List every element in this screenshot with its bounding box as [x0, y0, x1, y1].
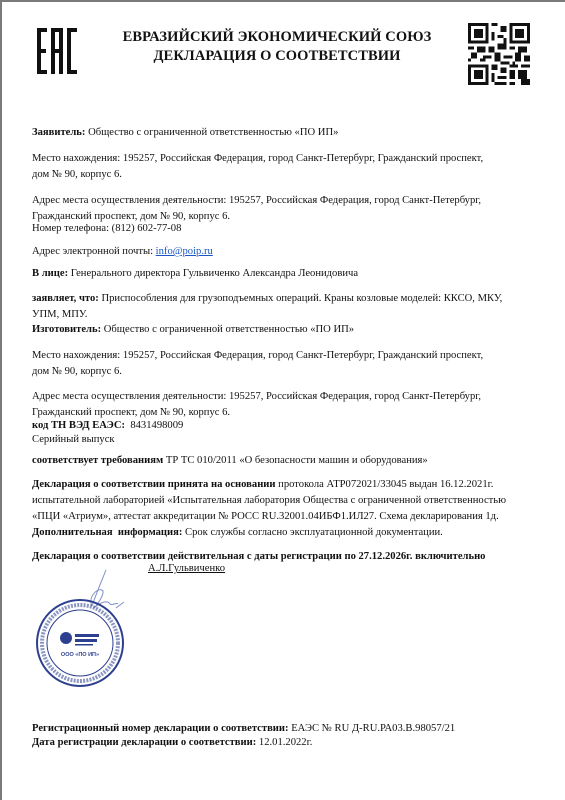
manufacturer-label: Изготовитель: — [32, 324, 101, 335]
svg-text:ООО «ПО ИП»: ООО «ПО ИП» — [61, 652, 99, 658]
registration-number-label: Регистрационный номер декларации о соотв… — [32, 723, 289, 734]
declares-row: заявляет, что: Приспособления для грузоп… — [32, 291, 502, 307]
title-union: ЕВРАЗИЙСКИЙ ЭКОНОМИЧЕСКИЙ СОЮЗ — [102, 28, 452, 47]
applicant-location-1: Место нахождения: 195257, Российская Фед… — [32, 151, 483, 167]
code-value: 8431498009 — [125, 420, 183, 431]
additional-value: Срок службы согласно эксплуатационной до… — [182, 527, 442, 538]
manufacturer-location-1: Место нахождения: 195257, Российская Фед… — [32, 348, 483, 364]
additional-label: Дополнительная информация: — [32, 527, 182, 538]
qr-code-icon[interactable] — [468, 23, 530, 85]
basis-value-2: испытательной лабораторией «Испытательна… — [32, 493, 506, 509]
email-link[interactable]: info@poip.ru — [156, 246, 213, 257]
applicant-email-row: Адрес электронной почты: info@poip.ru — [32, 244, 213, 260]
applicant-location-2: дом № 90, корпус 6. — [32, 167, 122, 183]
declares-value-1: Приспособления для грузоподъемных операц… — [99, 293, 502, 304]
basis-row: Декларация о соответствии принята на осн… — [32, 477, 493, 493]
basis-label: Декларация о соответствии принята на осн… — [32, 479, 276, 490]
declares-label: заявляет, что: — [32, 293, 99, 304]
registration-number-value: ЕАЭС № RU Д-RU.РА03.В.98057/21 — [289, 723, 456, 734]
manufacturer-value: Общество с ограниченной ответственностью… — [101, 324, 354, 335]
represented-by-row: В лице: Генерального директора Гульвичен… — [32, 266, 358, 282]
applicant-phone: Номер телефона: (812) 602-77-08 — [32, 221, 181, 237]
applicant-row: Заявитель: Общество с ограниченной ответ… — [32, 125, 338, 141]
applicant-label: Заявитель: — [32, 127, 85, 138]
signatory-name: А.Л.Гульвиченко — [148, 563, 225, 574]
applicant-activity-1: Адрес места осуществления деятельности: … — [32, 193, 481, 209]
compliance-row: соответствует требованиям ТР ТС 010/2011… — [32, 453, 428, 469]
registration-date-label: Дата регистрации декларации о соответств… — [32, 737, 256, 748]
registration-date-value: 12.01.2022г. — [256, 737, 312, 748]
additional-info-row: Дополнительная информация: Срок службы с… — [32, 525, 443, 541]
manufacturer-row: Изготовитель: Общество с ограниченной от… — [32, 322, 354, 338]
basis-value-3: «ПЦИ «Атриум», аттестат аккредитации № Р… — [32, 509, 499, 525]
eac-logo-icon — [37, 26, 77, 76]
title-declaration: ДЕКЛАРАЦИЯ О СООТВЕТСТВИИ — [102, 47, 452, 66]
represented-by-label: В лице: — [32, 268, 68, 279]
represented-by-value: Генерального директора Гульвиченко Алекс… — [68, 268, 358, 279]
basis-value-1: протокола АТР072021/33045 выдан 16.12.20… — [276, 479, 494, 490]
manufacturer-activity-1: Адрес места осуществления деятельности: … — [32, 389, 481, 405]
document-title: ЕВРАЗИЙСКИЙ ЭКОНОМИЧЕСКИЙ СОЮЗ ДЕКЛАРАЦИ… — [102, 28, 452, 66]
declares-value-2: УПМ, МПУ. — [32, 307, 87, 323]
compliance-value: ТР ТС 010/2011 «О безопасности машин и о… — [163, 455, 428, 466]
company-stamp-icon: ООО «ПО ИП» — [35, 598, 125, 688]
declaration-page: ЕВРАЗИЙСКИЙ ЭКОНОМИЧЕСКИЙ СОЮЗ ДЕКЛАРАЦИ… — [0, 0, 565, 800]
manufacturer-location-2: дом № 90, корпус 6. — [32, 364, 122, 380]
registration-date-row: Дата регистрации декларации о соответств… — [32, 735, 312, 751]
validity-statement: Декларация о соответствии действительная… — [32, 549, 485, 565]
code-label: код ТН ВЭД ЕАЭС: — [32, 420, 125, 431]
email-label: Адрес электронной почты: — [32, 246, 156, 257]
compliance-label: соответствует требованиям — [32, 455, 163, 466]
release-type: Серийный выпуск — [32, 432, 115, 448]
applicant-value: Общество с ограниченной ответственностью… — [85, 127, 338, 138]
